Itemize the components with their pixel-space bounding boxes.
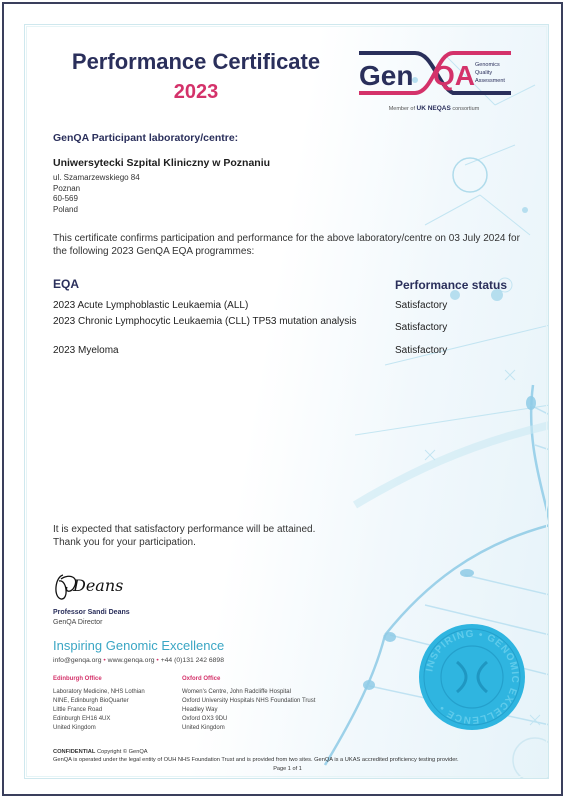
svg-text:Genomics: Genomics [475,62,500,68]
confirmation-text: This certificate confirms participation … [53,233,523,258]
logo-qa-text: QA [433,60,475,91]
excellence-seal: INSPIRING • GENOMIC EXCELLENCE • [417,622,527,732]
eqa-programme: 2023 Myeloma [53,345,373,357]
svg-text:Assessment: Assessment [475,78,505,84]
logo-member-line: Member of UK NEQAS consortium [353,105,515,112]
signatory-role: GenQA Director [53,619,102,626]
signature: Deans [49,567,139,603]
signatory-name: Professor Sandi Deans [53,609,130,616]
performance-status: Satisfactory [395,322,447,333]
performance-status: Satisfactory [395,345,447,356]
svg-text:Deans: Deans [72,576,123,595]
logo-gen-text: Gen [359,60,413,91]
certificate-page: Performance Certificate 2023 Gen QA Geno… [24,24,549,779]
eqa-column-header: EQA [53,277,79,291]
document-viewer-frame: Performance Certificate 2023 Gen QA Geno… [2,2,563,796]
oxford-office: Oxford Office Women's Centre, John Radcl… [182,675,315,733]
laboratory-address: ul. Szamarzewskiego 84 Poznan 60-569 Pol… [53,173,140,216]
participant-section-label: GenQA Participant laboratory/centre: [53,132,238,144]
eqa-programme: 2023 Chronic Lymphocytic Leukaemia (CLL)… [53,316,373,328]
page-number: Page 1 of 1 [25,766,549,772]
phone-number: +44 (0)131 242 6898 [161,657,224,664]
eqa-programme: 2023 Acute Lymphoblastic Leukaemia (ALL) [53,300,373,312]
legal-notice: CONFIDENTIAL Copyright © GenQA GenQA is … [53,748,523,764]
laboratory-name: Uniwersytecki Szpital Kliniczny w Poznan… [53,157,270,169]
email-link[interactable]: info@genqa.org [53,657,101,664]
certificate-title: Performance Certificate [25,49,367,75]
contact-line: info@genqa.org • www.genqa.org • +44 (0)… [53,657,224,664]
performance-status: Satisfactory [395,300,447,311]
svg-text:Quality: Quality [475,70,492,76]
certificate-year: 2023 [25,81,367,104]
website-link[interactable]: www.genqa.org [108,657,155,664]
closing-text: It is expected that satisfactory perform… [53,524,315,549]
status-column-header: Performance status [395,278,507,292]
edinburgh-office: Edinburgh Office Laboratory Medicine, NH… [53,675,145,733]
tagline: Inspiring Genomic Excellence [53,638,224,653]
